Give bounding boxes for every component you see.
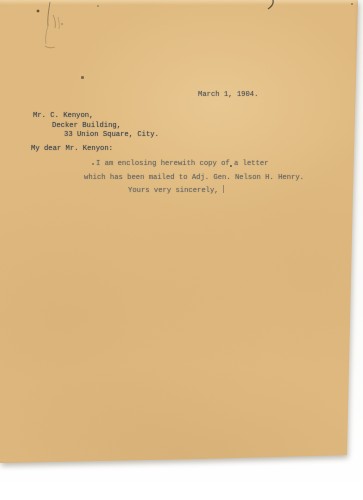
top-edge-ink-mark: [265, 0, 277, 12]
body-line: which has been mailed to Adj. Gen. Nelso…: [84, 174, 304, 182]
letter-scan: March 1, 1904. Mr. C. Kenyon, Decker Bui…: [0, 0, 363, 500]
ink-speck: [81, 76, 84, 79]
recipient-address-line2: 33 Union Square, City.: [64, 131, 159, 139]
paper-grain-texture: [0, 0, 363, 468]
stray-pen-stroke: [223, 185, 224, 193]
handwritten-scribble-marks: [24, 0, 108, 62]
ink-speck: [351, 3, 353, 5]
date-line: March 1, 1904.: [198, 91, 258, 99]
closing-line: Yours very sincerely,: [128, 187, 219, 195]
letter-paper: March 1, 1904. Mr. C. Kenyon, Decker Bui…: [0, 0, 363, 468]
recipient-address-line1: Decker Building,: [52, 122, 121, 130]
paper-shadow-wrap: March 1, 1904. Mr. C. Kenyon, Decker Bui…: [0, 0, 363, 470]
ink-speck: [92, 163, 94, 165]
salutation-line: My dear Mr. Kenyon:: [31, 145, 113, 153]
recipient-name-line: Mr. C. Kenyon,: [33, 112, 93, 120]
body-line: I am enclosing herewith copy of a letter: [96, 160, 269, 168]
